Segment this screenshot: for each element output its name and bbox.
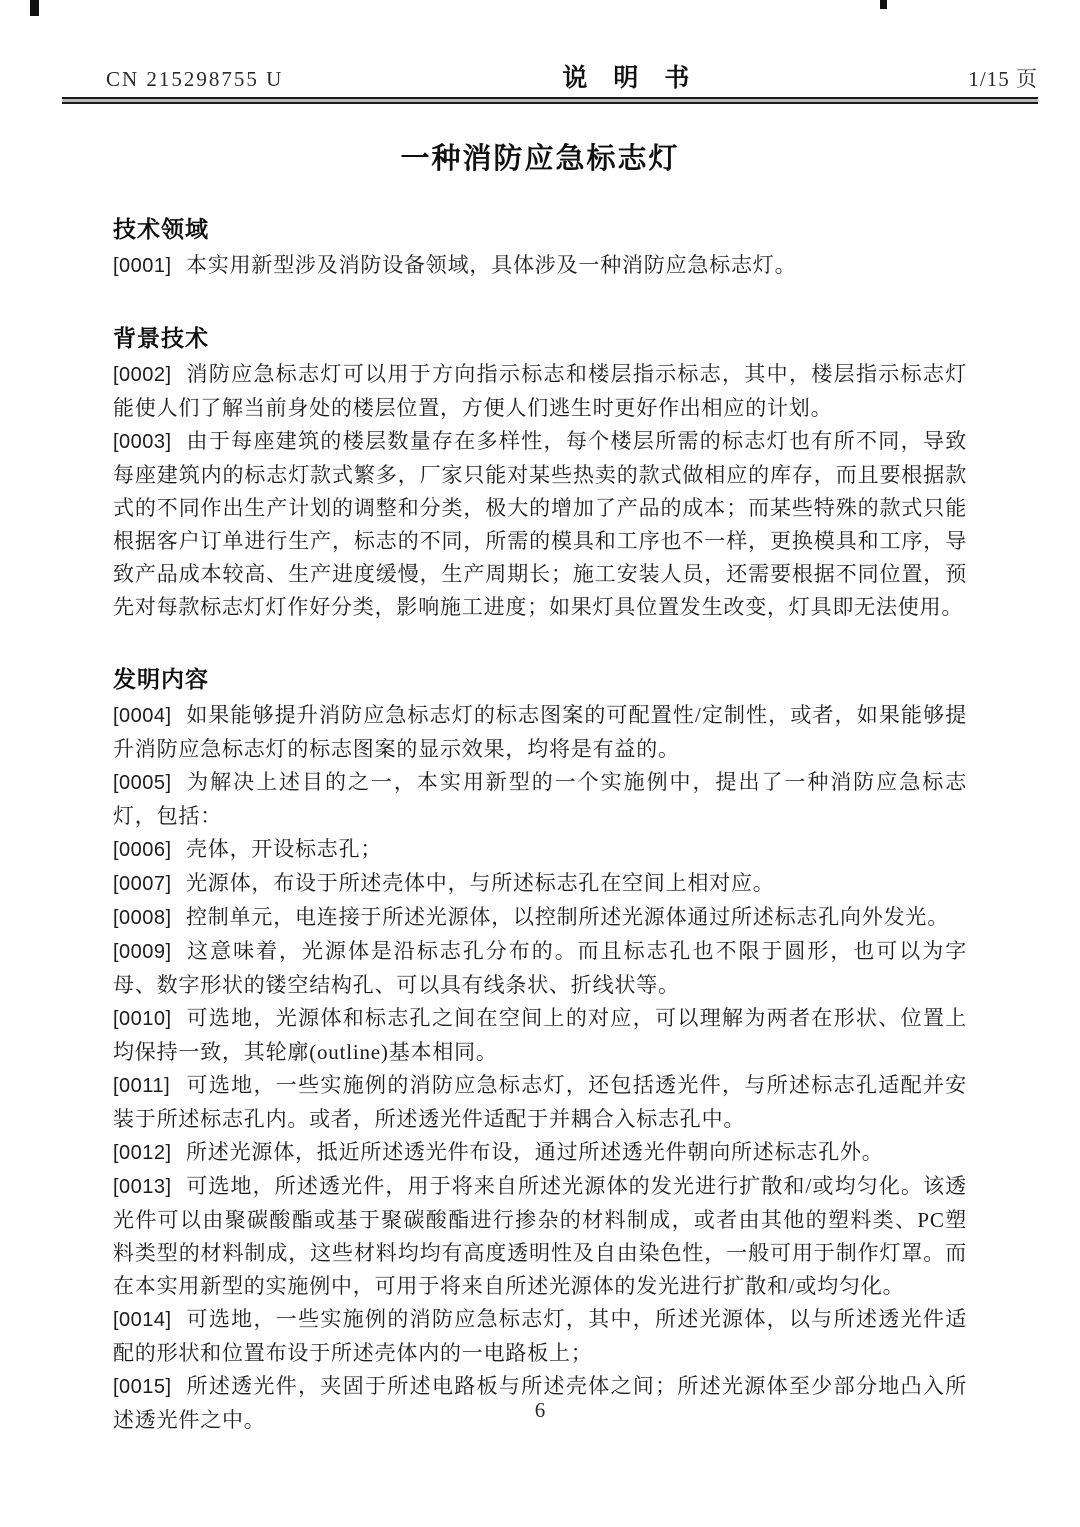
section-heading: 技术领域 (113, 211, 967, 244)
paragraph-0008: [0008]控制单元，电连接于所述光源体，以控制所述光源体通过所述标志孔向外发光… (113, 901, 967, 935)
page-header: CN 215298755 U 说明书 1/15 页 (62, 58, 1038, 94)
document-number: CN 215298755 U (62, 67, 283, 92)
paragraph-text: 可选地，一些实施例的消防应急标志灯，其中，所述光源体，以与所述透光件适配的形状和… (113, 1307, 967, 1365)
page-footer: 6 (0, 1398, 1080, 1423)
paragraph-0005: [0005]为解决上述目的之一，本实用新型的一个实施例中，提出了一种消防应急标志… (113, 766, 967, 833)
paragraph-number: [0006] (113, 834, 186, 867)
document-body: 一种消防应急标志灯 技术领域 [0001]本实用新型涉及消防设备领域，具体涉及一… (113, 130, 967, 1437)
section-heading: 背景技术 (113, 320, 967, 353)
paragraph-number: [0001] (113, 250, 186, 283)
paragraph-number: [0004] (113, 700, 186, 733)
paragraph-number: [0009] (113, 936, 186, 969)
paragraph-0001: [0001]本实用新型涉及消防设备领域，具体涉及一种消防应急标志灯。 (113, 249, 967, 283)
section-summary-of-invention: 发明内容 [0004]如果能够提升消防应急标志灯的标志图案的可配置性/定制性，或… (113, 661, 967, 1437)
paragraph-0013: [0013]可选地，所述透光件，用于将来自所述光源体的发光进行扩散和/或均匀化。… (113, 1170, 967, 1303)
paragraph-0014: [0014]可选地，一些实施例的消防应急标志灯，其中，所述光源体，以与所述透光件… (113, 1303, 967, 1370)
paragraph-number: [0013] (113, 1171, 186, 1204)
paragraph-text: 可选地，一些实施例的消防应急标志灯，还包括透光件，与所述标志孔适配并安装于所述标… (113, 1073, 967, 1131)
paragraph-0002: [0002]消防应急标志灯可以用于方向指示标志和楼层指示标志，其中，楼层指示标志… (113, 358, 967, 425)
paragraph-0007: [0007]光源体，布设于所述壳体中，与所述标志孔在空间上相对应。 (113, 867, 967, 901)
patent-specification-page: CN 215298755 U 说明书 1/15 页 一种消防应急标志灯 技术领域… (0, 0, 1080, 1527)
paragraph-number: [0007] (113, 868, 186, 901)
paragraph-0003: [0003]由于每座建筑的楼层数量存在多样性，每个楼层所需的标志灯也有所不同，导… (113, 425, 967, 624)
page-indicator: 1/15 页 (968, 63, 1038, 93)
paragraph-text: 本实用新型涉及消防设备领域，具体涉及一种消防应急标志灯。 (186, 253, 796, 277)
paragraph-number: [0010] (113, 1003, 186, 1036)
paragraph-number: [0002] (113, 359, 186, 392)
paragraph-number: [0014] (113, 1304, 186, 1337)
section-background-art: 背景技术 [0002]消防应急标志灯可以用于方向指示标志和楼层指示标志，其中，楼… (113, 320, 967, 624)
section-technical-field: 技术领域 [0001]本实用新型涉及消防设备领域，具体涉及一种消防应急标志灯。 (113, 211, 967, 283)
paragraph-number: [0012] (113, 1137, 186, 1170)
paragraph-number: [0011] (113, 1070, 186, 1103)
paragraph-text: 如果能够提升消防应急标志灯的标志图案的可配置性/定制性，或者，如果能够提升消防应… (113, 703, 967, 761)
scan-artifact-top-left (30, 0, 39, 16)
page-number: 6 (535, 1398, 546, 1422)
paragraph-0011: [0011]可选地，一些实施例的消防应急标志灯，还包括透光件，与所述标志孔适配并… (113, 1069, 967, 1136)
paragraph-number: [0008] (113, 902, 186, 935)
document-type-label: 说明书 (536, 58, 715, 94)
paragraph-text: 壳体，开设标志孔； (186, 837, 382, 861)
paragraph-0012: [0012]所述光源体，抵近所述透光件布设，通过所述透光件朝向所述标志孔外。 (113, 1136, 967, 1170)
paragraph-text: 为解决上述目的之一，本实用新型的一个实施例中，提出了一种消防应急标志灯，包括： (113, 770, 967, 828)
paragraph-text: 光源体，布设于所述壳体中，与所述标志孔在空间上相对应。 (186, 871, 775, 895)
paragraph-text: 由于每座建筑的楼层数量存在多样性，每个楼层所需的标志灯也有所不同，导致每座建筑内… (113, 429, 967, 619)
paragraph-text: 这意味着，光源体是沿标志孔分布的。而且标志孔也不限于圆形，也可以为字母、数字形状… (113, 939, 967, 997)
paragraph-0004: [0004]如果能够提升消防应急标志灯的标志图案的可配置性/定制性，或者，如果能… (113, 699, 967, 766)
paragraph-number: [0003] (113, 426, 186, 459)
paragraph-0006: [0006]壳体，开设标志孔； (113, 833, 967, 867)
paragraph-text: 控制单元，电连接于所述光源体，以控制所述光源体通过所述标志孔向外发光。 (186, 905, 949, 929)
paragraph-text: 所述光源体，抵近所述透光件布设，通过所述透光件朝向所述标志孔外。 (186, 1140, 884, 1164)
paragraph-text: 可选地，光源体和标志孔之间在空间上的对应，可以理解为两者在形状、位置上均保持一致… (113, 1006, 967, 1064)
section-heading: 发明内容 (113, 661, 967, 694)
paragraph-text: 消防应急标志灯可以用于方向指示标志和楼层指示标志，其中，楼层指示标志灯能使人们了… (113, 362, 967, 420)
paragraph-0009: [0009]这意味着，光源体是沿标志孔分布的。而且标志孔也不限于圆形，也可以为字… (113, 935, 967, 1002)
paragraph-number: [0005] (113, 767, 186, 800)
header-divider-rule (62, 97, 1038, 104)
scan-artifact-top-right (880, 0, 887, 9)
paragraph-text: 可选地，所述透光件，用于将来自所述光源体的发光进行扩散和/或均匀化。该透光件可以… (113, 1174, 967, 1298)
paragraph-0010: [0010]可选地，光源体和标志孔之间在空间上的对应，可以理解为两者在形状、位置… (113, 1002, 967, 1069)
invention-title: 一种消防应急标志灯 (113, 130, 967, 177)
